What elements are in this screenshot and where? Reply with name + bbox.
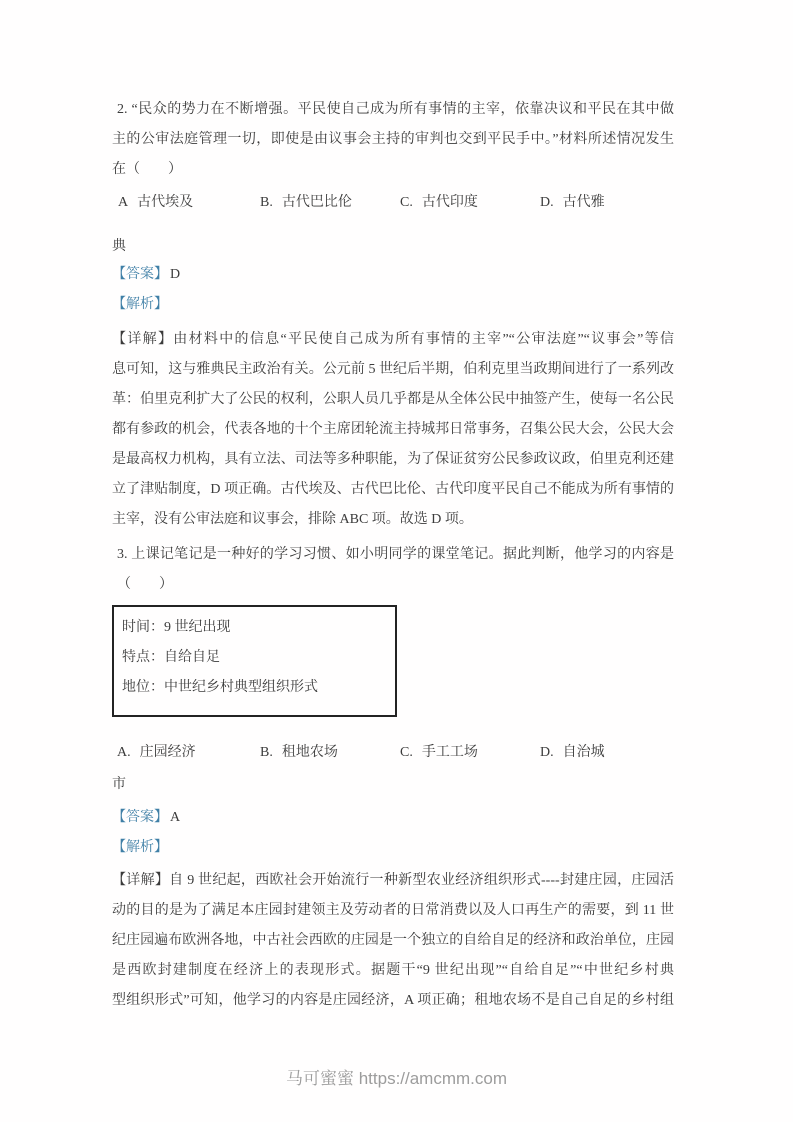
q2-stem-line-2: 主的公审法庭管理一切，即使是由议事会主持的审判也交到平民手中。”材料所述情况发生	[112, 125, 674, 155]
q2-option-b-label: B.	[260, 195, 273, 210]
q2-option-c-label: C.	[400, 195, 413, 210]
q2-option-d-text: 古代雅	[563, 195, 605, 210]
q2-option-c: C.古代印度	[400, 188, 478, 218]
q2-detail-line-4: 都有参政的机会，代表各地的十个主席团轮流主持城邦日常事务，召集公民大会，公民大会	[112, 415, 674, 445]
q2-option-b-text: 古代巴比伦	[282, 195, 352, 210]
q3-option-c-label: C.	[400, 745, 413, 760]
q2-option-d-label: D.	[540, 195, 554, 210]
q2-option-a-label: A	[118, 195, 128, 210]
q2-analysis-label: 【解析】	[112, 297, 168, 312]
q3-option-a: A.庄园经济	[117, 738, 196, 768]
document-page: 2. “民众的势力在不断增强。平民使自己成为所有事情的主宰，依靠决议和平民在其中…	[0, 0, 793, 1122]
q3-option-d: D.自治城	[540, 738, 605, 768]
q3-option-c-text: 手工工场	[422, 745, 478, 760]
q2-detail-paragraph: 【详解】由材料中的信息“平民使自己成为所有事情的主宰”“公审法庭”“议事会”等信…	[112, 325, 674, 535]
q3-option-b-label: B.	[260, 745, 273, 760]
q3-stem-line-2: （ ）	[112, 570, 674, 600]
q2-analysis-line: 【解析】	[112, 290, 674, 320]
q3-note-row-feature: 特点：自给自足	[122, 643, 395, 673]
q2-answer-value: D	[170, 267, 180, 282]
q3-note-row-time: 时间：9 世纪出现	[122, 613, 395, 643]
q2-detail-line-1: 【详解】由材料中的信息“平民使自己成为所有事情的主宰”“公审法庭”“议事会”等信	[112, 325, 674, 355]
footer-watermark: 马可蜜蜜 https://amcmm.com	[0, 1064, 793, 1094]
q2-answer-line: 【答案】D	[112, 260, 674, 290]
q2-option-d: D.古代雅	[540, 188, 605, 218]
q3-option-a-text: 庄园经济	[140, 745, 196, 760]
q2-stem-line-1: 2. “民众的势力在不断增强。平民使自己成为所有事情的主宰，依靠决议和平民在其中…	[112, 95, 674, 125]
q2-answer-label: 【答案】	[112, 267, 168, 282]
q3-detail-line-5: 型组织形式”可知，他学习的内容是庄园经济，A 项正确；租地农场不是自己自足的乡村…	[112, 986, 674, 1016]
q2-detail-line-6: 立了津贴制度，D 项正确。古代埃及、古代巴比伦、古代印度平民自己不能成为所有事情…	[112, 475, 674, 505]
q3-analysis-line: 【解析】	[112, 833, 674, 863]
q3-option-c: C.手工工场	[400, 738, 478, 768]
q3-option-b-text: 租地农场	[282, 745, 338, 760]
q2-detail-line-5: 是最高权力机构，具有立法、司法等多种职能，为了保证贫穷公民参政议政，伯里克利还建	[112, 445, 674, 475]
q3-option-b: B.租地农场	[260, 738, 338, 768]
q2-detail-line-7: 主宰，没有公审法庭和议事会，排除 ABC 项。故选 D 项。	[112, 505, 674, 535]
q3-option-a-label: A.	[117, 745, 131, 760]
q3-answer-line: 【答案】A	[112, 803, 674, 833]
question-3-stem: 3. 上课记笔记是一种好的学习习惯、如小明同学的课堂笔记。据此判断，他学习的内容…	[112, 540, 674, 600]
q2-stem-line-3: 在（ ）	[112, 155, 674, 185]
q3-option-d-text: 自治城	[563, 745, 605, 760]
q2-option-a-text: 古代埃及	[137, 195, 193, 210]
question-2-stem: 2. “民众的势力在不断增强。平民使自己成为所有事情的主宰，依靠决议和平民在其中…	[112, 95, 674, 185]
q3-answer-label: 【答案】	[112, 810, 168, 825]
q3-detail-line-4: 是西欧封建制度在经济上的表现形式。据题干“9 世纪出现”“自给自足”“中世纪乡村…	[112, 956, 674, 986]
q3-analysis-label: 【解析】	[112, 840, 168, 855]
q3-note-box: 时间：9 世纪出现 特点：自给自足 地位：中世纪乡村典型组织形式	[112, 605, 397, 717]
q2-option-b: B.古代巴比伦	[260, 188, 352, 218]
q3-detail-line-1: 【详解】自 9 世纪起，西欧社会开始流行一种新型农业经济组织形式----封建庄园…	[112, 866, 674, 896]
q2-option-c-text: 古代印度	[422, 195, 478, 210]
q3-option-d-wrap: 市	[112, 770, 674, 800]
q3-detail-paragraph: 【详解】自 9 世纪起，西欧社会开始流行一种新型农业经济组织形式----封建庄园…	[112, 866, 674, 1016]
q2-option-d-wrap: 典	[112, 232, 674, 262]
q2-detail-line-3: 革：伯里克利扩大了公民的权利，公职人员几乎都是从全体公民中抽签产生，使每一名公民	[112, 385, 674, 415]
q3-stem-line-1: 3. 上课记笔记是一种好的学习习惯、如小明同学的课堂笔记。据此判断，他学习的内容…	[112, 540, 674, 570]
q3-options-row: A.庄园经济 B.租地农场 C.手工工场 D.自治城	[0, 738, 793, 768]
q3-answer-value: A	[170, 810, 180, 825]
q3-detail-line-3: 纪庄园遍布欧洲各地，中古社会西欧的庄园是一个独立的自给自足的经济和政治单位，庄园	[112, 926, 674, 956]
q2-options-row: A古代埃及 B.古代巴比伦 C.古代印度 D.古代雅	[0, 188, 793, 218]
q2-option-a: A古代埃及	[118, 188, 193, 218]
q3-option-d-label: D.	[540, 745, 554, 760]
q2-detail-line-2: 息可知，这与雅典民主政治有关。公元前 5 世纪后半期，伯利克里当政期间进行了一系…	[112, 355, 674, 385]
q3-detail-line-2: 动的目的是为了满足本庄园封建领主及劳动者的日常消费以及人口再生产的需要，到 11…	[112, 896, 674, 926]
q3-note-row-status: 地位：中世纪乡村典型组织形式	[122, 673, 395, 703]
